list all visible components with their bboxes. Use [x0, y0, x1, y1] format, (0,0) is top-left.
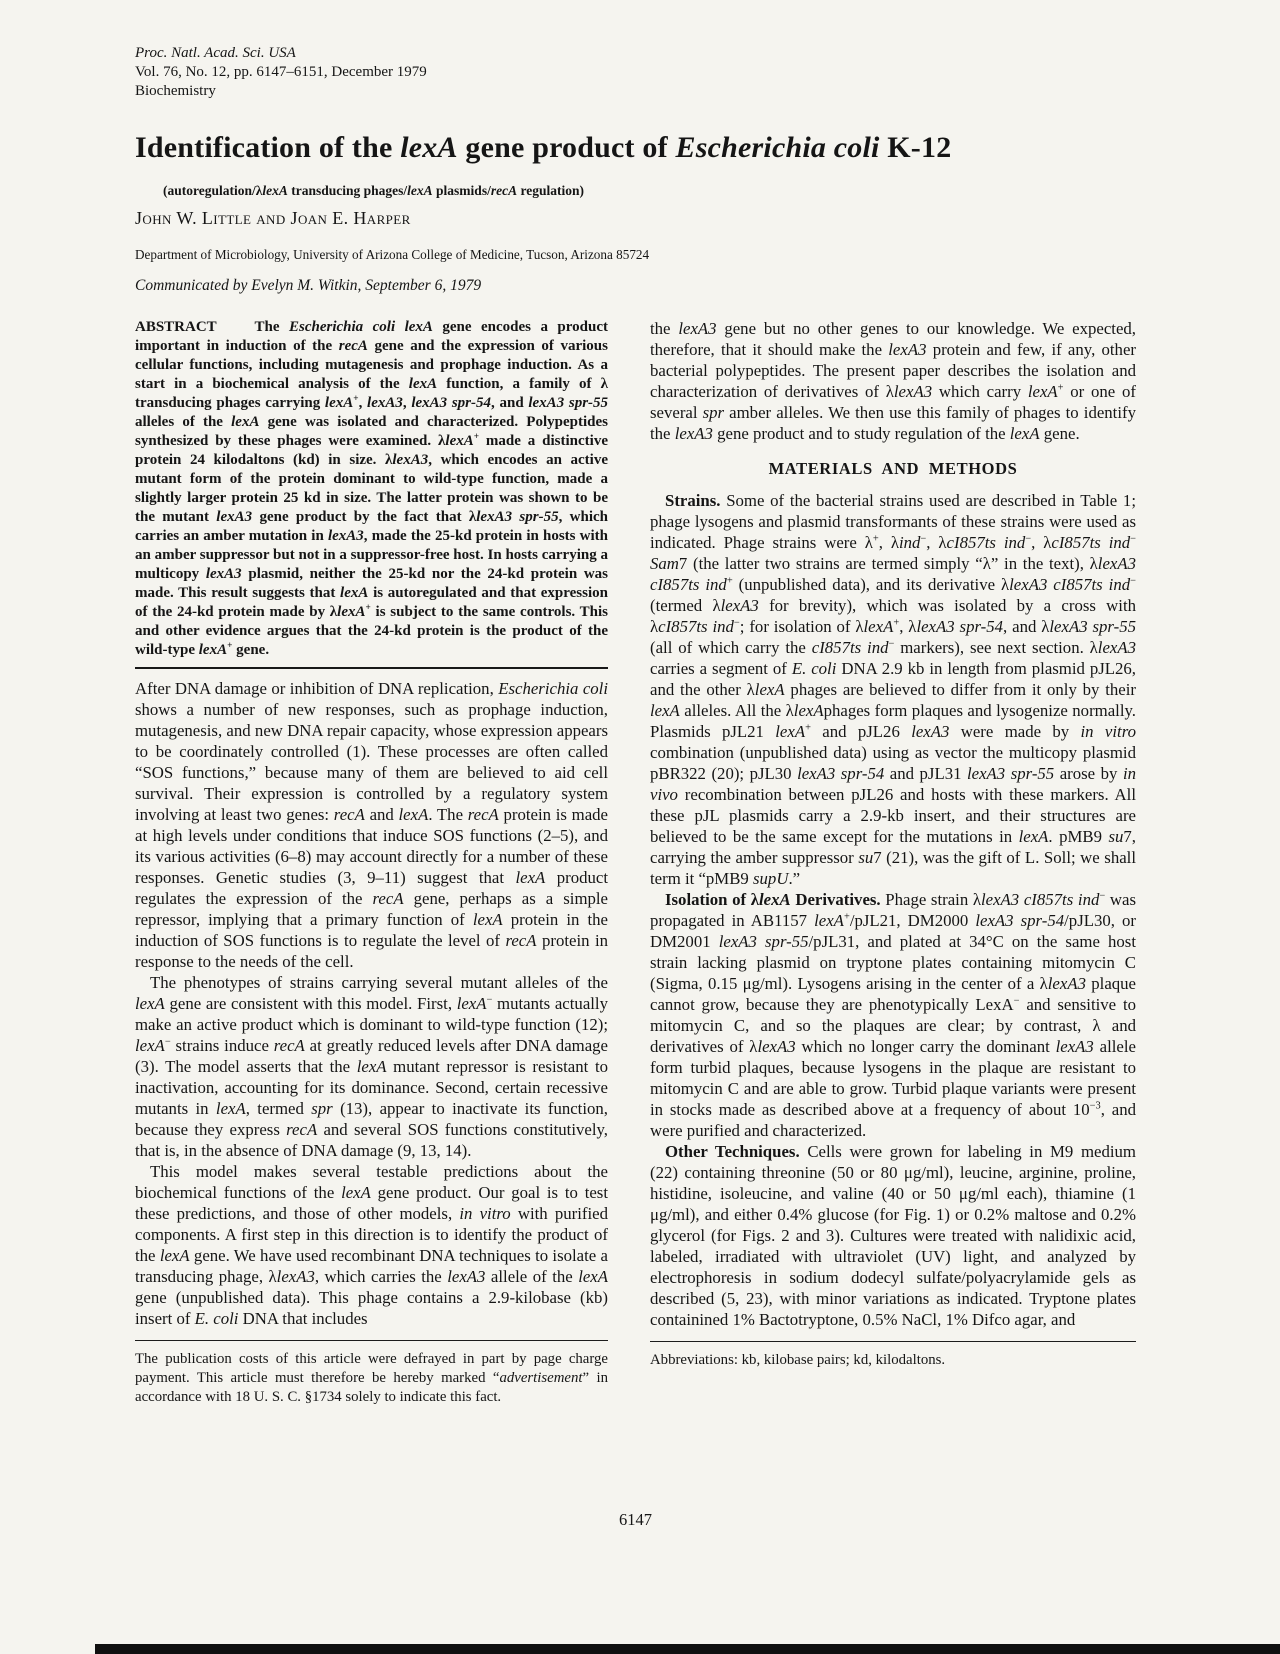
- journal-volume-line: Vol. 76, No. 12, pp. 6147–6151, December…: [135, 63, 427, 82]
- body-paragraph: Isolation of λlexA Derivatives. Phage st…: [650, 889, 1136, 1141]
- body-paragraph: This model makes several testable predic…: [135, 1161, 608, 1329]
- keywords-line: (autoregulation/λlexA transducing phages…: [163, 183, 584, 199]
- materials-methods-heading: MATERIALS AND METHODS: [650, 459, 1136, 479]
- publication-footnote: The publication costs of this article we…: [135, 1340, 608, 1407]
- communicated-line: Communicated by Evelyn M. Witkin, Septem…: [135, 277, 481, 295]
- paper-page: Proc. Natl. Acad. Sci. USA Vol. 76, No. …: [0, 0, 1280, 1654]
- abstract-paragraph: ABSTRACT The Escherichia coli lexA gene …: [135, 318, 608, 660]
- authors-line: John W. Little and Joan E. Harper: [135, 208, 411, 229]
- abbreviations-footnote: Abbreviations: kb, kilobase pairs; kd, k…: [650, 1341, 1136, 1370]
- journal-name: Proc. Natl. Acad. Sci. USA: [135, 44, 427, 63]
- page-number: 6147: [135, 1510, 1136, 1530]
- left-column: ABSTRACT The Escherichia coli lexA gene …: [135, 318, 608, 1407]
- body-paragraph: After DNA damage or inhibition of DNA re…: [135, 678, 608, 972]
- article-title: Identification of the lexA gene product …: [135, 130, 1145, 166]
- right-column: the lexA3 gene but no other genes to our…: [650, 318, 1136, 1407]
- journal-masthead: Proc. Natl. Acad. Sci. USA Vol. 76, No. …: [135, 44, 427, 101]
- body-paragraph: the lexA3 gene but no other genes to our…: [650, 318, 1136, 444]
- abstract-divider: [135, 667, 608, 669]
- body-paragraph: Other Techniques. Cells were grown for l…: [650, 1141, 1136, 1330]
- body-paragraph: The phenotypes of strains carrying sever…: [135, 972, 608, 1161]
- two-column-body: ABSTRACT The Escherichia coli lexA gene …: [135, 318, 1136, 1407]
- scan-artifact-bar: [95, 1644, 1280, 1654]
- affiliation-line: Department of Microbiology, University o…: [135, 247, 649, 263]
- body-paragraph: Strains. Some of the bacterial strains u…: [650, 490, 1136, 889]
- journal-section: Biochemistry: [135, 82, 427, 101]
